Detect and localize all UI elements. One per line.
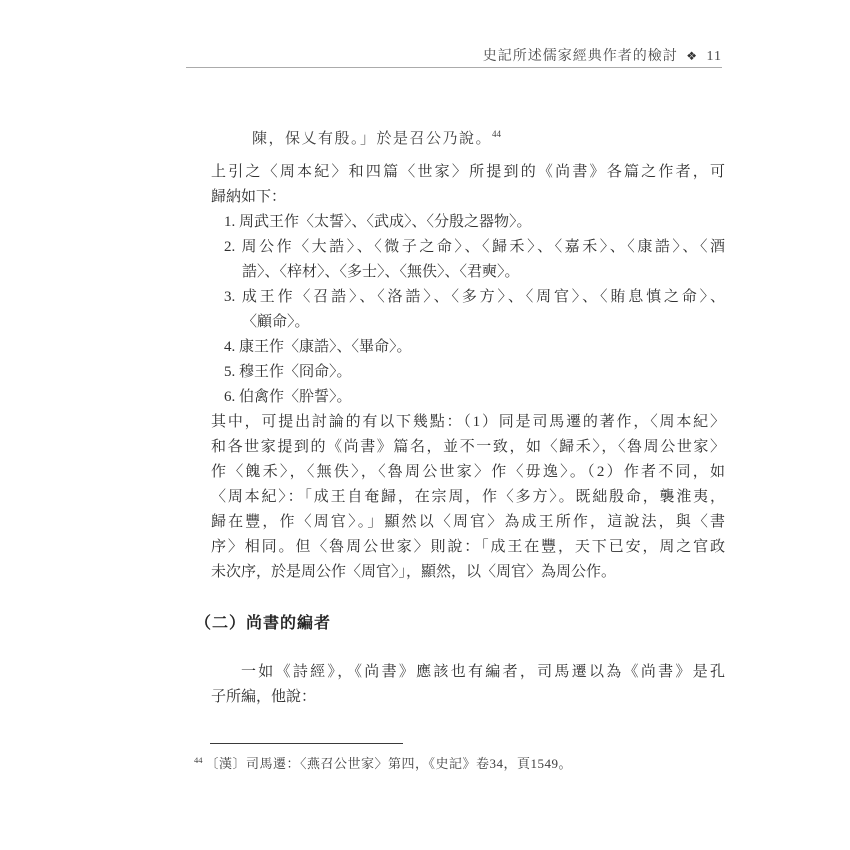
paragraph-line: 作〈餽禾〉，〈無佚〉，〈魯周公世家〉作〈毋逸〉。（2）作者不同，如: [211, 460, 725, 485]
list-item-line: 4. 康王作〈康誥〉、〈畢命〉。: [211, 335, 725, 360]
paragraph-line: 一如《詩經》，《尚書》應該也有編者，司馬遷以為《尚書》是孔: [211, 660, 725, 685]
footnote-number: 44: [194, 755, 203, 765]
book-page: 史記所述儒家經典作者的檢討 ❖ 11 陳，保乂有殷。」於是召公乃說。44 上引之…: [0, 0, 850, 850]
list-item-line: 1. 周武王作〈太誓〉、〈武成〉、〈分殷之器物〉。: [211, 210, 725, 235]
diamond-ornament-icon: ❖: [686, 49, 698, 63]
paragraph-line: 歸納如下：: [211, 185, 725, 210]
paragraph-line: 和各世家提到的《尚書》篇名，並不一致，如〈歸禾〉，〈魯周公世家〉: [211, 435, 725, 460]
list-item-line: 2. 周公作〈大誥〉、〈微子之命〉、〈歸禾〉、〈嘉禾〉、〈康誥〉、〈酒: [211, 235, 725, 260]
paragraph-line: 歸在豐，作〈周官〉。」顯然以〈周官〉為成王所作，這說法，與〈書: [211, 510, 725, 535]
footnote-text: 〔漢〕司馬遷：〈燕召公世家〉第四，《史記》卷34，頁1549。: [206, 756, 573, 771]
paragraph-line: 其中，可提出討論的有以下幾點：（1）同是司馬遷的著作，〈周本紀〉: [211, 410, 725, 435]
section-heading: （二）尚書的編者: [195, 611, 725, 636]
list-item-line: 〈顧命〉。: [211, 310, 725, 335]
paragraph-line: 序〉相同。但〈魯周公世家〉則說：「成王在豐，天下已安，周之官政: [211, 535, 725, 560]
list-item-line: 6. 伯禽作〈肸誓〉。: [211, 385, 725, 410]
footnote: 44〔漢〕司馬遷：〈燕召公世家〉第四，《史記》卷34，頁1549。: [194, 753, 572, 772]
paragraph-line: 〈周本紀〉：「成王自奄歸，在宗周，作〈多方〉。既絀殷命，襲淮夷，: [211, 485, 725, 510]
paragraph-line: 上引之〈周本紀〉和四篇〈世家〉所提到的《尚書》各篇之作者，可: [211, 160, 725, 185]
list-item-line: 3. 成王作〈召誥〉、〈洛誥〉、〈多方〉、〈周官〉、〈賄息慎之命〉、: [211, 285, 725, 310]
quote-text: 陳，保乂有殷。」於是召公乃說。: [252, 131, 492, 147]
page-number: 11: [707, 49, 722, 64]
body-text-column: 上引之〈周本紀〉和四篇〈世家〉所提到的《尚書》各篇之作者，可 歸納如下： 1. …: [211, 160, 725, 710]
paragraph-line: 未次序，於是周公作〈周官〉」，顯然，以〈周官〉為周公作。: [211, 560, 725, 585]
paragraph-line: 子所編，他說：: [211, 685, 725, 710]
list-item-line: 誥〉、〈梓材〉、〈多士〉、〈無佚〉、〈君奭〉。: [211, 260, 725, 285]
running-header-title: 史記所述儒家經典作者的檢討: [483, 49, 678, 64]
header-rule: [186, 67, 722, 68]
footnote-reference-mark: 44: [492, 129, 501, 139]
list-item-line: 5. 穆王作〈冏命〉。: [211, 360, 725, 385]
footnote-rule: [210, 743, 403, 744]
quote-line: 陳，保乂有殷。」於是召公乃說。44: [252, 127, 501, 148]
running-header: 史記所述儒家經典作者的檢討 ❖ 11: [483, 45, 722, 65]
